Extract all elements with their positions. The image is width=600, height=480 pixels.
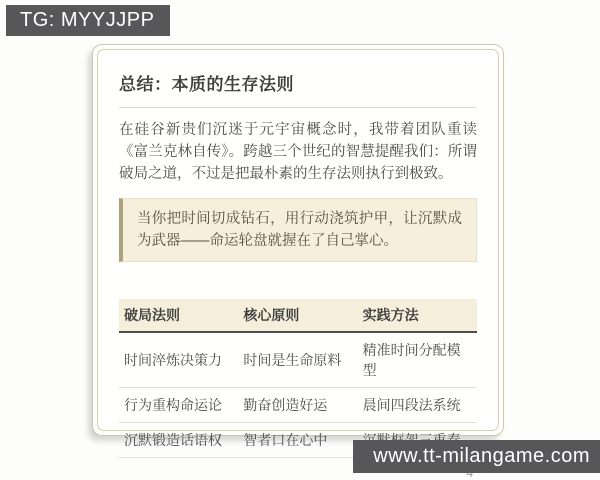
- table-header-row: 破局法则 核心原则 实践方法: [119, 299, 477, 332]
- table-cell: 沉默锻造话语权: [119, 423, 238, 458]
- table-row: 时间淬炼决策力 时间是生命原料 精准时间分配模型: [119, 332, 477, 388]
- table-cell: 精准时间分配模型: [358, 332, 477, 388]
- website-url: www.tt-milangame.com: [373, 445, 590, 468]
- website-watermark-badge: www.tt-milangame.com: [353, 440, 600, 473]
- table-cell: 行为重构命运论: [119, 388, 238, 423]
- table-cell: 勤奋创造好运: [238, 388, 357, 423]
- title-divider: [119, 107, 477, 108]
- table-row: 行为重构命运论 勤奋创造好运 晨间四段法系统: [119, 388, 477, 423]
- slide-card-inner-frame: 总结：本质的生存法则 在硅谷新贵们沉迷于元宇宙概念时，我带着团队重读《富兰克林自…: [97, 49, 499, 431]
- table-cell: 晨间四段法系统: [358, 388, 477, 423]
- slide-card: 总结：本质的生存法则 在硅谷新贵们沉迷于元宇宙概念时，我带着团队重读《富兰克林自…: [92, 44, 504, 436]
- body-paragraph: 在硅谷新贵们沉迷于元宇宙概念时，我带着团队重读《富兰克林自传》。跨越三个世纪的智…: [119, 119, 477, 185]
- column-header: 破局法则: [119, 299, 238, 332]
- column-header: 实践方法: [358, 299, 477, 332]
- table-cell: 时间是生命原料: [238, 332, 357, 388]
- highlight-quote: 当你把时间切成钻石，用行动浇筑护甲，让沉默成为武器——命运轮盘就握在了自己掌心。: [119, 198, 477, 262]
- table-cell: 时间淬炼决策力: [119, 332, 238, 388]
- telegram-watermark-badge: TG: MYYJJPP: [6, 5, 170, 36]
- column-header: 核心原则: [238, 299, 357, 332]
- page-title: 总结：本质的生存法则: [119, 70, 477, 95]
- rules-table: 破局法则 核心原则 实践方法 时间淬炼决策力 时间是生命原料 精准时间分配模型 …: [119, 299, 477, 458]
- table-cell: 智者口在心中: [238, 423, 357, 458]
- telegram-handle: TG: MYYJJPP: [20, 9, 154, 32]
